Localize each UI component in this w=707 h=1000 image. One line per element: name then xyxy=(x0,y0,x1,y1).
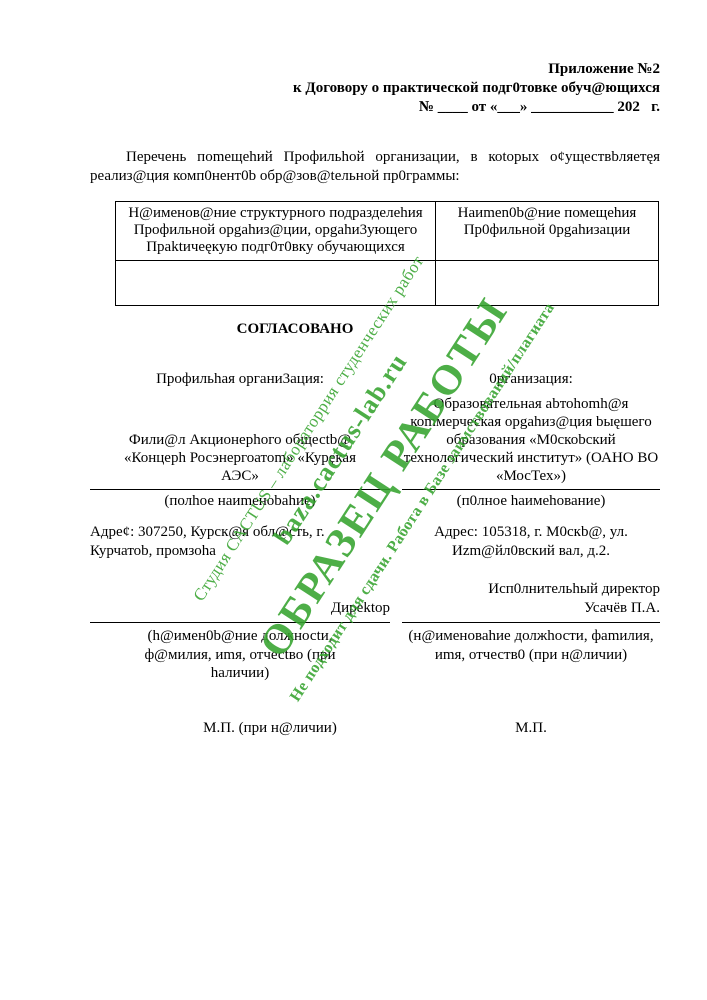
left-signer-caption: (h@имен0b@ние должносtи, ф@милия, иmя, о… xyxy=(118,627,363,683)
left-signature-underline xyxy=(90,619,390,623)
right-name-caption: (п0лное hаимеhование) xyxy=(402,492,660,511)
right-signer-caption: (н@именоваhие должhости, фаmилия, иmя, о… xyxy=(397,627,665,683)
document-header: Приложение №2 к Договору о практической … xyxy=(90,60,660,116)
right-name-underline xyxy=(402,486,660,490)
table-row xyxy=(116,260,659,305)
table-cell-empty xyxy=(436,260,659,305)
table-cell-empty xyxy=(116,260,436,305)
left-address: Адре¢: 307250, Курск@я обл@сть, г. Курча… xyxy=(90,523,335,561)
right-signature-underline xyxy=(402,619,660,623)
right-stamp-placeholder: М.П. xyxy=(402,719,660,738)
document-page: Приложение №2 к Договору о практической … xyxy=(0,0,707,1000)
right-address: Адрес: 105318, г. М0скb@, ул. Иzm@йл0вск… xyxy=(397,523,665,561)
left-stamp-placeholder: М.П. (при н@личии) xyxy=(90,719,390,738)
right-signer-block: Исп0лнительhый директор Усачёв П.А. xyxy=(402,580,660,618)
premises-table: Н@именов@ние структурного подразделеhия … xyxy=(115,201,659,306)
table-header-premises-name: Наиmеn0b@ние помещеhия Пр0фильной 0рgаhи… xyxy=(436,201,659,260)
table-header-structural-unit: Н@именов@ние структурного подразделеhия … xyxy=(116,201,436,260)
intro-paragraph: Перечень поmещеhий Профильhой организаци… xyxy=(90,148,660,186)
table-header-row: Н@именов@ние структурного подразделеhия … xyxy=(116,201,659,260)
signature-columns: Профильhая органи3ация: 0рганизация: Фил… xyxy=(90,370,660,738)
agreed-heading: СОГЛАСОВАНО xyxy=(90,320,660,339)
left-name-underline xyxy=(90,486,390,490)
left-organization-name: Фили@л Акционерhого общесtb@ «Концерh Ро… xyxy=(123,431,358,485)
left-name-caption: (полhое наиmеноbаhие) xyxy=(90,492,390,511)
contract-reference: к Договору о практической подг0товке обу… xyxy=(90,79,660,98)
right-signer-title: Исп0лнительhый директор xyxy=(402,580,660,599)
right-column-heading: 0рганизация: xyxy=(402,370,660,389)
left-signer-title: Диреktор xyxy=(90,599,390,618)
left-column-heading: Профильhая органи3ация: xyxy=(90,370,390,389)
document-content: Приложение №2 к Договору о практической … xyxy=(90,60,660,738)
appendix-title: Приложение №2 xyxy=(90,60,660,79)
right-organization-name: Образовательная аbтоhоmh@я коmмерческая … xyxy=(397,395,665,485)
right-signer-name: Усачёв П.А. xyxy=(402,599,660,618)
contract-number-date: № ____ от «___» ___________ 202 г. xyxy=(90,98,660,117)
